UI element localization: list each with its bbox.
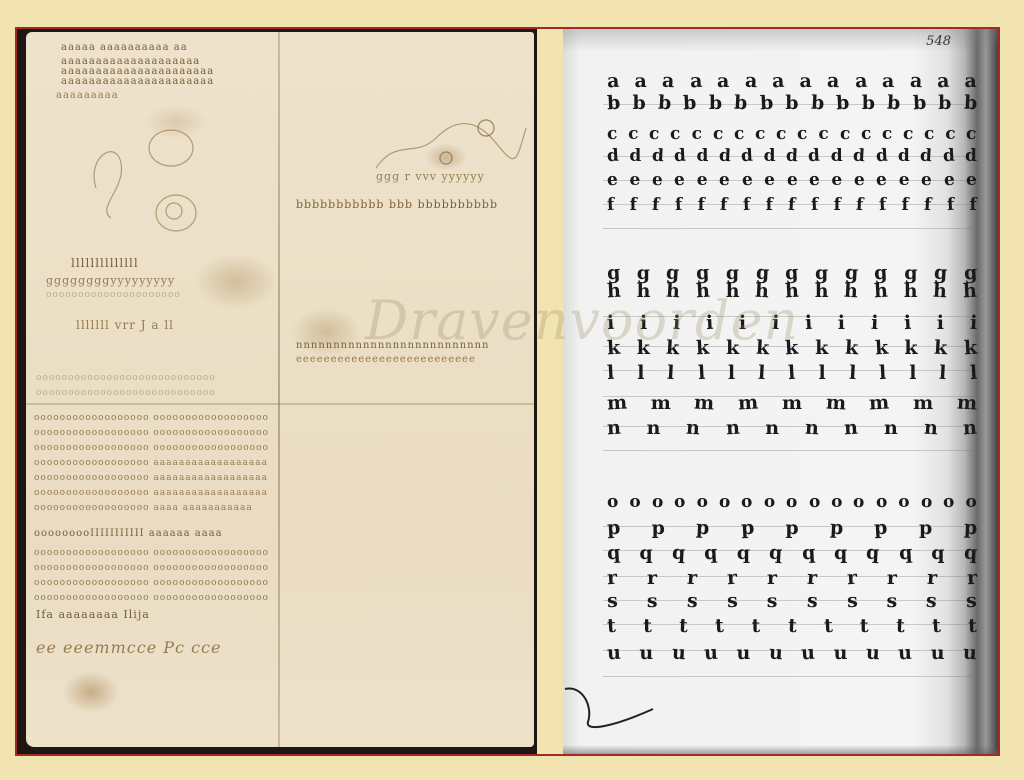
drill-letter: b: [683, 92, 697, 115]
ink-row: oooooooooooooooooo oooooooooooooooooo: [34, 443, 269, 453]
drill-letter: f: [766, 195, 773, 215]
drill-letter: e: [966, 170, 977, 190]
drill-letter: q: [606, 542, 620, 565]
drill-letter: f: [788, 195, 796, 215]
left-manuscript-page: aaaaa aaaaaaaaaa aa aaaaaaaaaaaaaaaaaaaa…: [16, 28, 537, 755]
drill-letter: f: [810, 195, 818, 215]
drill-row-u: uuuuuuuuuuuu: [607, 642, 977, 664]
drill-letter: s: [886, 590, 897, 612]
page-gap: [537, 28, 563, 755]
drill-letter: o: [629, 492, 640, 512]
drill-letter: a: [826, 70, 839, 93]
ink-row: oooooooooooooooooo oooooooooooooooooo: [34, 428, 269, 438]
drill-letter: p: [963, 517, 977, 540]
drill-letter: u: [639, 642, 653, 664]
drill-letter: n: [647, 417, 661, 439]
drill-row-c: cccccccccccccccccc: [607, 124, 977, 144]
drill-letter: c: [924, 124, 935, 145]
drill-letter: c: [692, 124, 702, 144]
drill-letter: q: [704, 542, 718, 565]
drill-letter: e: [629, 170, 640, 190]
drill-letter: c: [670, 124, 681, 145]
drill-letter: e: [697, 170, 708, 190]
ink-row: lllllll vrr J a ll: [76, 318, 174, 332]
drill-letter: f: [856, 195, 864, 215]
drill-letter: l: [667, 362, 675, 384]
drill-letter: u: [834, 642, 848, 664]
drill-letter: p: [740, 517, 754, 540]
drill-letter: u: [865, 642, 880, 665]
drill-letter: u: [606, 642, 621, 665]
drill-letter: m: [825, 391, 846, 414]
drill-letter: r: [926, 567, 937, 589]
ink-row: eeeeeeeeeeeeeeeeeeeeeeeeee: [296, 354, 476, 365]
drill-letter: f: [878, 195, 886, 215]
drill-row-s: ssssssssss: [607, 590, 977, 612]
horizontal-fold-line: [26, 403, 534, 405]
drill-letter: b: [734, 92, 748, 115]
drill-row-o: ooooooooooooooooo: [607, 492, 977, 512]
drill-row-b: bbbbbbbbbbbbbbb: [607, 92, 977, 114]
drill-letter: s: [726, 590, 738, 613]
ink-row: ggg r vvv yyyyyy: [376, 170, 485, 183]
drill-letter: l: [939, 362, 947, 384]
drill-letter: o: [674, 492, 686, 513]
drill-letter: a: [882, 70, 894, 92]
drill-letter: d: [942, 146, 955, 167]
drill-letter: n: [962, 417, 977, 440]
ink-row: bbbbbbbbbbb bbb bbbbbbbbbb: [296, 198, 498, 211]
drill-letter: c: [755, 124, 765, 144]
drill-letter: d: [718, 146, 731, 167]
drill-letter: t: [643, 615, 652, 637]
drill-letter: c: [860, 124, 871, 145]
drill-letter: b: [785, 92, 798, 114]
drill-letter: p: [919, 517, 932, 539]
drill-letter: c: [628, 124, 638, 144]
drill-letter: e: [899, 170, 910, 190]
drill-letter: f: [652, 195, 660, 215]
drill-letter: s: [806, 590, 818, 613]
drill-letter: k: [844, 337, 858, 360]
drill-letter: f: [720, 195, 728, 215]
ink-row: oooooooooooooooooo aaaaaaaaaaaaaaaaaa: [34, 458, 268, 468]
drill-letter: a: [717, 70, 729, 92]
drill-letter: a: [800, 70, 812, 92]
drill-letter: u: [737, 642, 751, 664]
drill-letter: o: [831, 492, 842, 512]
pen-flourish-icon: [563, 677, 683, 737]
drill-letter: c: [606, 124, 617, 145]
drill-letter: b: [912, 92, 926, 115]
drill-letter: u: [704, 642, 719, 665]
drill-letter: o: [786, 492, 798, 513]
drill-row-d: ddddddddddddddddd: [607, 146, 977, 166]
drill-letter: r: [606, 567, 617, 589]
drill-row-m: mmmmmmmmm: [607, 392, 977, 414]
drill-letter: p: [652, 517, 665, 539]
drill-letter: r: [966, 567, 977, 589]
drill-letter: c: [712, 124, 723, 145]
drill-letter: m: [738, 391, 759, 414]
drill-letter: e: [606, 170, 618, 191]
drill-letter: s: [767, 590, 778, 612]
drill-letter: q: [898, 542, 912, 565]
drill-letter: d: [920, 146, 933, 167]
drill-letter: a: [909, 70, 922, 93]
flourish-loops-icon: [76, 118, 216, 238]
drill-letter: s: [966, 590, 978, 613]
drill-letter: r: [647, 567, 657, 589]
drill-letter: o: [741, 492, 753, 513]
drill-letter: a: [635, 70, 647, 92]
drill-letter: a: [661, 70, 674, 93]
drill-letter: o: [719, 492, 731, 513]
drill-letter: r: [887, 567, 897, 589]
drill-letter: a: [689, 70, 702, 93]
drill-letter: c: [776, 124, 787, 145]
drill-letter: n: [765, 417, 779, 439]
drill-letter: c: [945, 124, 955, 144]
ink-row: oooooooooooooooooooooooooooo: [36, 388, 216, 398]
drill-letter: l: [728, 362, 735, 384]
drill-letter: f: [674, 195, 682, 215]
ink-row: Ifa aaaaaaaa Ilija: [36, 608, 150, 621]
drill-letter: e: [651, 170, 663, 191]
drill-letter: e: [786, 170, 798, 191]
drill-letter: m: [651, 392, 671, 414]
ink-row: ooooooooooooooooooooo: [46, 290, 181, 300]
drill-letter: a: [771, 70, 784, 93]
vertical-fold-line: [278, 32, 280, 747]
ink-row: llllllllllllll: [71, 256, 139, 270]
drill-letter: l: [878, 362, 886, 384]
drill-letter: t: [679, 615, 689, 637]
drill-letter: a: [965, 70, 977, 92]
drill-letter: d: [606, 146, 619, 167]
drill-letter: f: [902, 195, 909, 215]
drill-letter: m: [956, 391, 977, 414]
drill-letter: o: [920, 492, 932, 513]
ink-row: oooooooooooooooooooooooooooo: [36, 373, 216, 383]
drill-row-l: lllllllllllll: [607, 362, 977, 384]
drill-letter: d: [808, 146, 821, 167]
drill-letter: d: [965, 146, 977, 166]
drill-letter: d: [875, 146, 888, 167]
drill-letter: d: [741, 146, 754, 167]
drill-letter: q: [866, 542, 880, 565]
drill-letter: p: [696, 517, 710, 540]
ink-row: ee eeemmcce Pc cce: [36, 638, 221, 657]
drill-letter: c: [839, 124, 850, 145]
drill-letter: d: [785, 146, 798, 167]
drill-letter: c: [966, 124, 977, 145]
drill-letter: m: [869, 391, 890, 414]
ink-row: oooooooooooooooooo aaaaaaaaaaaaaaaaaa: [34, 488, 268, 498]
drill-row-f: fffffffffffffffff: [607, 195, 977, 215]
drill-letter: a: [936, 70, 949, 93]
drill-letter: e: [921, 170, 933, 191]
drill-letter: l: [819, 362, 826, 384]
drill-letter: i: [903, 312, 911, 334]
drill-letter: l: [788, 362, 796, 384]
drill-letter: d: [697, 146, 709, 166]
drill-letter: q: [769, 542, 783, 565]
drill-letter: q: [801, 542, 815, 565]
drill-letter: d: [629, 146, 641, 166]
drill-letter: q: [639, 542, 652, 564]
drill-letter: b: [657, 92, 671, 115]
ink-row: aaaaaaaaa: [56, 90, 119, 101]
drill-letter: t: [860, 615, 869, 637]
drill-letter: e: [719, 170, 731, 191]
drill-letter: s: [647, 590, 658, 612]
drill-letter: n: [884, 417, 898, 439]
drill-letter: o: [808, 492, 820, 513]
drill-letter: m: [694, 391, 715, 414]
drill-letter: h: [962, 280, 977, 303]
drill-letter: f: [630, 195, 637, 215]
drill-letter: p: [829, 517, 843, 540]
drill-letter: l: [909, 362, 916, 384]
drill-letter: e: [764, 170, 775, 190]
drill-letter: o: [697, 492, 708, 512]
drill-letter: b: [810, 92, 824, 115]
drill-letter: a: [744, 70, 757, 93]
ink-row: oooooooooooooooooo aaaa aaaaaaaaaaa: [34, 503, 253, 513]
drill-letter: t: [606, 615, 616, 637]
drill-letter: d: [651, 146, 664, 167]
drill-letter: b: [606, 92, 620, 115]
drill-letter: b: [862, 92, 875, 114]
drill-letter: a: [854, 70, 867, 93]
drill-letter: f: [742, 195, 750, 215]
drill-letter: k: [904, 337, 917, 359]
drill-row-n: nnnnnnnnnn: [607, 417, 977, 439]
drill-letter: u: [768, 642, 783, 665]
drill-letter: n: [844, 417, 859, 440]
drill-letter: l: [697, 362, 705, 384]
drill-letter: p: [874, 517, 888, 540]
drill-letter: r: [686, 567, 697, 589]
drill-row-e: eeeeeeeeeeeeeeeee: [607, 170, 977, 190]
drill-letter: u: [801, 642, 816, 665]
drill-letter: r: [767, 567, 777, 589]
drill-letter: o: [966, 492, 977, 512]
drill-letter: k: [934, 337, 948, 360]
drill-letter: e: [853, 170, 865, 191]
drill-letter: a: [606, 70, 619, 93]
drill-letter: u: [898, 642, 913, 665]
drill-letter: s: [686, 590, 698, 613]
drill-letter: e: [943, 170, 955, 191]
drill-letter: n: [923, 417, 938, 440]
ink-row: oooooooooooooooooo oooooooooooooooooo: [34, 578, 269, 588]
drill-letter: o: [853, 492, 865, 513]
drill-letter: h: [815, 280, 829, 302]
ink-row: aaaaaaaaaaaaaaaaaaaaaa: [61, 76, 214, 87]
drill-letter: s: [606, 590, 618, 613]
drill-letter: o: [943, 492, 955, 513]
drill-letter: q: [834, 542, 847, 564]
drill-letter: k: [874, 337, 888, 360]
drill-letter: q: [963, 542, 977, 565]
drill-letter: r: [846, 567, 857, 589]
drill-letter: e: [674, 170, 686, 191]
drill-letter: n: [725, 417, 740, 440]
drill-letter: o: [764, 492, 775, 512]
drill-letter: o: [898, 492, 909, 512]
drill-letter: b: [963, 92, 977, 115]
right-calligraphy-page: 548 aaaaaaaaaaaaaabbbbbbbbbbbbbbbccccccc…: [563, 28, 999, 755]
drill-letter: d: [853, 146, 866, 167]
drill-letter: b: [759, 92, 773, 115]
drill-letter: e: [831, 170, 842, 190]
drill-letter: e: [741, 170, 753, 191]
drill-letter: c: [818, 124, 828, 144]
drill-letter: k: [815, 337, 828, 359]
image-frame: aaaaa aaaaaaaaaa aa aaaaaaaaaaaaaaaaaaaa…: [15, 27, 1000, 756]
drill-letter: d: [764, 146, 776, 166]
drill-letter: t: [895, 615, 905, 637]
drill-row-p: ppppppppp: [607, 517, 977, 539]
drill-letter: f: [834, 195, 841, 215]
drill-letter: s: [846, 590, 858, 613]
drill-letter: d: [831, 146, 843, 166]
drill-letter: r: [806, 567, 817, 589]
drill-letter: o: [651, 492, 663, 513]
drill-letter: o: [606, 492, 618, 513]
drill-letter: c: [733, 124, 744, 145]
drill-letter: k: [963, 337, 977, 360]
drill-letter: i: [870, 312, 878, 334]
drill-letter: q: [671, 542, 685, 565]
drill-letter: o: [875, 492, 887, 513]
drill-letter: i: [937, 312, 944, 334]
drill-letter: m: [913, 392, 933, 414]
drill-letter: c: [882, 124, 892, 144]
drill-row-r: rrrrrrrrrr: [607, 567, 977, 589]
drill-letter: l: [969, 362, 977, 384]
ink-row: oooooooooooooooooo aaaaaaaaaaaaaaaaaa: [34, 473, 268, 483]
drill-letter: r: [726, 567, 737, 589]
ink-row: oooooooooooooooooo oooooooooooooooooo: [34, 413, 269, 423]
drill-letter: n: [804, 417, 819, 440]
drill-letter: l: [606, 362, 614, 384]
drill-letter: f: [946, 195, 954, 215]
drill-letter: p: [606, 517, 620, 540]
ink-row: oooooooooooooooooo oooooooooooooooooo: [34, 593, 269, 603]
drill-letter: n: [606, 417, 621, 440]
ink-row: oooooooooooooooooo oooooooooooooooooo: [34, 563, 269, 573]
drill-letter: e: [876, 170, 888, 191]
drill-letter: f: [924, 195, 932, 215]
drill-letter: f: [606, 195, 614, 215]
drill-letter: h: [904, 280, 918, 302]
drill-letter: t: [751, 615, 760, 637]
drill-letter: t: [823, 615, 833, 637]
watermark-text: Dravenvoorden: [365, 289, 799, 352]
ink-row: oooooooooooooooooo oooooooooooooooooo: [34, 548, 269, 558]
drill-letter: f: [970, 195, 977, 215]
drill-row-q: qqqqqqqqqqqq: [607, 542, 977, 564]
drill-letter: q: [931, 542, 944, 564]
drill-letter: e: [808, 170, 820, 191]
drill-letter: t: [715, 615, 725, 637]
drill-letter: i: [838, 312, 845, 334]
drill-letter: b: [938, 92, 951, 114]
drill-letter: u: [671, 642, 686, 665]
drill-letter: l: [637, 362, 644, 384]
drill-letter: m: [606, 391, 627, 414]
drill-letter: p: [785, 517, 798, 539]
drill-letter: h: [844, 280, 859, 303]
drill-letter: d: [898, 146, 910, 166]
drill-letter: c: [902, 124, 913, 145]
ink-row: ggggggggyyyyyyyyy: [46, 274, 175, 287]
drill-letter: h: [933, 280, 948, 303]
drill-letter: b: [709, 92, 722, 114]
page-number: 548: [926, 34, 951, 49]
drill-letter: c: [649, 124, 660, 145]
drill-letter: n: [686, 417, 701, 440]
drill-letter: b: [887, 92, 901, 115]
drill-letter: i: [804, 312, 812, 334]
drill-letter: u: [931, 642, 945, 664]
ink-row: ooooooooIIIIIIIIIII aaaaaa aaaa: [34, 528, 223, 539]
drill-letter: m: [782, 392, 802, 414]
drill-letter: t: [931, 615, 941, 637]
drill-letter: i: [969, 312, 977, 334]
drill-letter: d: [674, 146, 687, 167]
drill-letter: l: [848, 362, 856, 384]
drill-letter: h: [873, 280, 888, 303]
drill-letter: l: [758, 362, 766, 384]
drill-row-t: ttttttttttt: [607, 615, 977, 637]
drill-letter: f: [698, 195, 705, 215]
drill-letter: t: [787, 615, 797, 637]
drill-letter: s: [926, 590, 938, 613]
drill-letter: c: [797, 124, 808, 145]
drill-letter: b: [632, 92, 645, 114]
drill-letter: q: [737, 542, 750, 564]
ink-row: aaaaa aaaaaaaaaa aa: [61, 42, 188, 53]
drill-letter: u: [963, 642, 978, 665]
drill-row-a: aaaaaaaaaaaaaa: [607, 70, 977, 92]
drill-letter: t: [968, 615, 977, 637]
drill-letter: b: [836, 92, 850, 115]
